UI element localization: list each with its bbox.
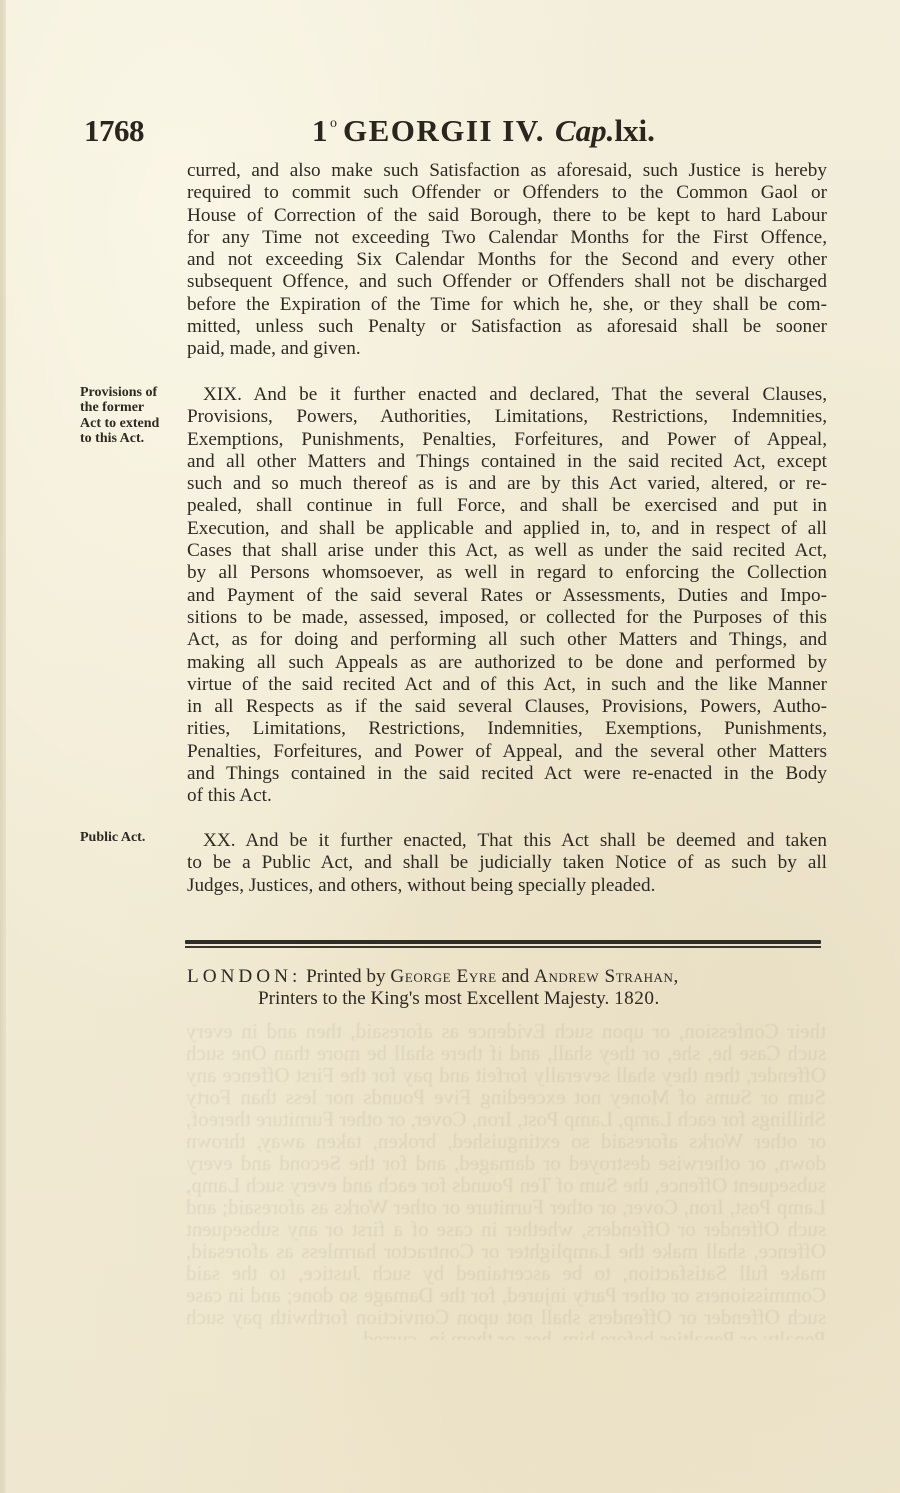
chapter-label: Cap. xyxy=(555,113,614,148)
text-line: such and so much thereof as is and are b… xyxy=(187,473,827,495)
double-rule-divider xyxy=(185,940,821,948)
margin-note-section-xx: Public Act. xyxy=(80,830,184,845)
text-line: pealed, shall continue in full Force, an… xyxy=(187,495,827,517)
text-line: subsequent Offence, and such Offender or… xyxy=(187,271,827,293)
colophon-printers-to-king: Printers to the King's most Excellent Ma… xyxy=(258,988,609,1009)
text-line: in all Respects as if the said several C… xyxy=(187,696,827,718)
text-line: for any Time not exceeding Two Calendar … xyxy=(187,227,827,249)
margin-note-section-xix: Provisions of the former Act to extend t… xyxy=(80,385,184,447)
text-line: Judges, Justices, and others, without be… xyxy=(187,875,827,897)
rule-thick-line xyxy=(185,940,821,944)
text-line: and Things contained in the said recited… xyxy=(187,763,827,785)
regnal-year: 1 xyxy=(312,113,329,148)
text-line: XX. And be it further enacted, That this… xyxy=(187,830,827,852)
margin-note-line: Act to extend xyxy=(80,416,184,431)
reverse-side-show-through: their Confession, or upon such Evidence … xyxy=(186,1020,826,1340)
text-line: Exemptions, Punishments, Penalties, Forf… xyxy=(187,429,827,451)
text-line: mitted, unless such Penalty or Satisfact… xyxy=(187,316,827,338)
text-line: required to commit such Offender or Offe… xyxy=(187,182,827,204)
text-line: of this Act. xyxy=(187,785,827,807)
text-line: paid, made, and given. xyxy=(187,338,827,360)
text-line: Penalties, Forfeitures, and Power of App… xyxy=(187,741,827,763)
text-line: House of Correction of the said Borough,… xyxy=(187,205,827,227)
text-line: virtue of the said recited Act and of th… xyxy=(187,674,827,696)
margin-note-line: Public Act. xyxy=(80,830,184,845)
colophon-line-2: Printers to the King's most Excellent Ma… xyxy=(258,988,660,1011)
running-head: 1oGEORGII IV.Cap.lxi. xyxy=(312,113,655,149)
colophon-printed-by: Printed by xyxy=(306,966,385,987)
text-line: and all other Matters and Things contain… xyxy=(187,451,827,473)
rule-thin-line xyxy=(185,946,821,948)
colophon-line-1: LONDON: Printed by George Eyre and Andre… xyxy=(187,966,679,989)
text-line: making all such Appeals as are authorize… xyxy=(187,652,827,674)
chapter-number: lxi. xyxy=(614,113,654,148)
text-line: XIX. And be it further enacted and decla… xyxy=(187,384,827,406)
margin-note-line: Provisions of xyxy=(80,385,184,400)
text-line: Cases that shall arise under this Act, a… xyxy=(187,540,827,562)
regnal-year-superscript: o xyxy=(330,116,337,131)
page-number: 1768 xyxy=(84,113,144,149)
page-header: 1768 1oGEORGII IV.Cap.lxi. xyxy=(84,113,830,153)
colophon-year: 1820. xyxy=(614,988,660,1009)
text-line: and not exceeding Six Calendar Months fo… xyxy=(187,249,827,271)
text-line: and Payment of the said several Rates or… xyxy=(187,585,827,607)
page-edge xyxy=(0,0,6,1493)
colophon-printer-1: George Eyre xyxy=(390,966,496,987)
text-line: rities, Limitations, Restrictions, Indem… xyxy=(187,718,827,740)
section-xix: XIX. And be it further enacted and decla… xyxy=(187,384,827,808)
section-continuation: curred, and also make such Satisfaction … xyxy=(187,160,827,361)
text-line: Provisions, Powers, Authorities, Limitat… xyxy=(187,406,827,428)
colophon-printer-2: Andrew Strahan, xyxy=(534,966,679,987)
text-line: by all Persons whomsoever, as well in re… xyxy=(187,562,827,584)
text-line: to be a Public Act, and shall be judicia… xyxy=(187,852,827,874)
text-line: Execution, and shall be applicable and a… xyxy=(187,518,827,540)
section-xx: XX. And be it further enacted, That this… xyxy=(187,830,827,897)
text-line: curred, and also make such Satisfaction … xyxy=(187,160,827,182)
text-line: before the Expiration of the Time for wh… xyxy=(187,294,827,316)
margin-note-line: to this Act. xyxy=(80,431,184,446)
margin-note-line: the former xyxy=(80,400,184,415)
monarch-name: GEORGII IV. xyxy=(343,113,545,148)
text-line: Act, as for doing and performing all suc… xyxy=(187,629,827,651)
colophon-place: LONDON: xyxy=(187,966,301,987)
text-line: sitions to be made, assessed, imposed, o… xyxy=(187,607,827,629)
colophon-and: and xyxy=(501,966,529,987)
